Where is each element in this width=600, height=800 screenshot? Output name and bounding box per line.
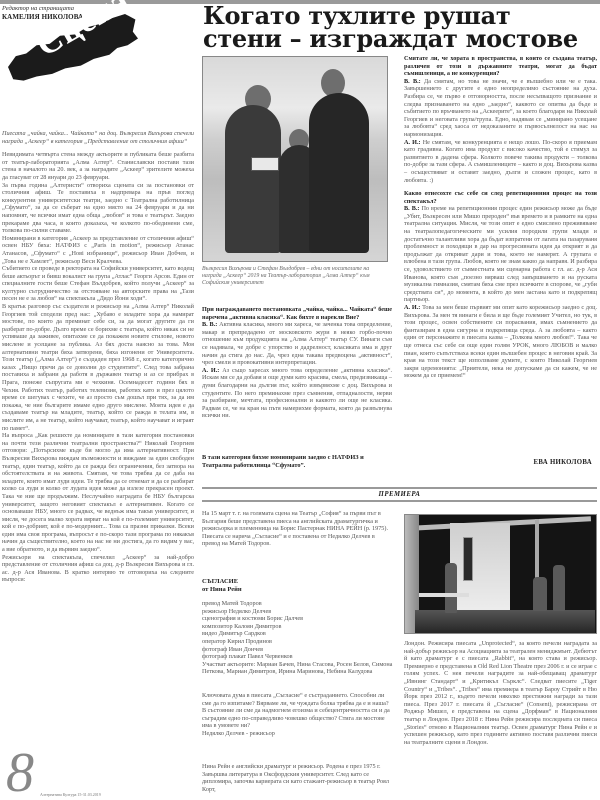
stage-bench [419,593,469,597]
play-title-block: СЪГЛАСИЕ от Нина Рейн [202,578,392,593]
section-rule-bottom [202,500,597,502]
stage-window [463,537,473,581]
paragraph: Събитието се проведе в ректората на Софи… [2,265,194,303]
section-rule-top [202,487,597,489]
interview-question: Смятате ли, че хората в пространства, в … [404,55,597,77]
right-column-interview: Смятате ли, че хората в пространства, в … [404,55,597,380]
paragraph: Номинирани в категория „Аскеер за предст… [2,235,194,265]
interview-question: При награждаването постановката „чайка, … [202,306,392,321]
speaker-initials: В. В.: [404,78,421,85]
speaker-initials: В. В.: [202,321,217,328]
interview-middle: При награждаването постановката „чайка, … [202,306,392,420]
premiere-lead: На 15 март т. г. на голямата сцена на Те… [202,510,392,548]
paragraph: Режисьори на спектакъла, спечелил „Аскее… [2,554,194,584]
speaker-initials: А. И.: [202,367,219,374]
paragraph: За първа година „Алтеристи“ отвориха сце… [2,182,194,235]
speaker-initials: А. И.: [404,304,420,311]
credit-line: режисьор Недялко Делчев [202,608,394,616]
playwright-bio-continued: Лондон. Режисира пиесата „Unprotected“, … [404,640,597,746]
interview-answer: Това за мен беше първият ми опит като ко… [404,304,597,379]
quote-author: Недялко Делчев - режисьор [202,730,394,738]
actor-figure [533,577,547,611]
publication-footer: Алтернатива Култура 15-31.03.2019 [40,792,101,797]
stage-photo [404,514,597,634]
actor-figure [445,563,457,613]
interview-question: Какво отнесохте със себе си след репетиц… [404,190,597,205]
author-signature: ЕВА НИКОЛОВА [534,459,593,466]
credit-line: оператор Кирил Продинов [202,638,394,646]
actor-figure [553,565,565,611]
paragraph: В кратък разговор със създателя и режись… [2,303,194,432]
credit-line: сценография и костюми Борис Далчев [202,615,394,623]
credit-line: фотограф Иван Дончев [202,646,394,654]
left-column-article: Пиесата „чайка, чайка... Чайката“ на доц… [2,130,194,584]
interview-answer: Аз също харесах много това определение „… [202,367,392,420]
play-author: от Нина Рейн [202,586,392,594]
page-number: 8 [6,745,34,800]
stage-wall [450,523,510,615]
interview-answer: Да смятам, но това не значи, че е вълшеб… [404,78,597,138]
nomination-note: В тази категория бяхме номинирани заедно… [202,454,392,469]
article-lead: Пиесата „чайка, чайка... Чайката“ на доц… [2,130,194,145]
quote-text: Ключовата дума в пиесата „Съгласие“ е съ… [202,692,394,730]
award-photo [202,56,388,262]
speaker-initials: А. И.: [404,139,421,146]
person-figure [309,93,369,253]
interview-answer: Активна класика, много ми хареса, че зач… [202,321,392,366]
interview-answer: Не смятам, че конкуренцията е нещо лошо.… [404,139,597,184]
credit-line: фотограф плакат Павел Червенков [202,653,394,661]
credit-line: превод Матей Тодоров [202,600,394,608]
playwright-bio: Нина Рейн е английски драматург и режись… [202,763,394,793]
headline: Когато тухлите рушат стени – изграждат м… [203,4,595,50]
premiere-section-label: ПРЕМИЕРА [202,491,597,498]
speaker-initials: В. В.: [404,205,419,212]
paragraph: На въпроса „Как решихте да номинирате в … [2,432,194,554]
paragraph: Невидимата четвърта стена между актьорит… [2,151,194,181]
award-trophy [251,157,279,171]
photo-caption: Възкресия Вихърова и Стефан Вълдобрев – … [202,266,390,287]
section-stamp: Сцена [8,14,138,82]
credit-line: видео Димитър Сардков [202,630,394,638]
credit-line: композитор Калоян Димитров [202,623,394,631]
stage-floor [415,610,595,634]
person-figure [225,105,281,253]
interview-answer: По време на репетиционния процес един ре… [404,205,597,303]
production-credits: превод Матей Тодоров режисьор Недялко Де… [202,600,394,676]
director-quote: Ключовата дума в пиесата „Съгласие“ е съ… [202,692,394,738]
credit-line: Участват актьорите: Мариан Бачев, Нина С… [202,661,394,676]
play-title: СЪГЛАСИЕ [202,578,392,586]
